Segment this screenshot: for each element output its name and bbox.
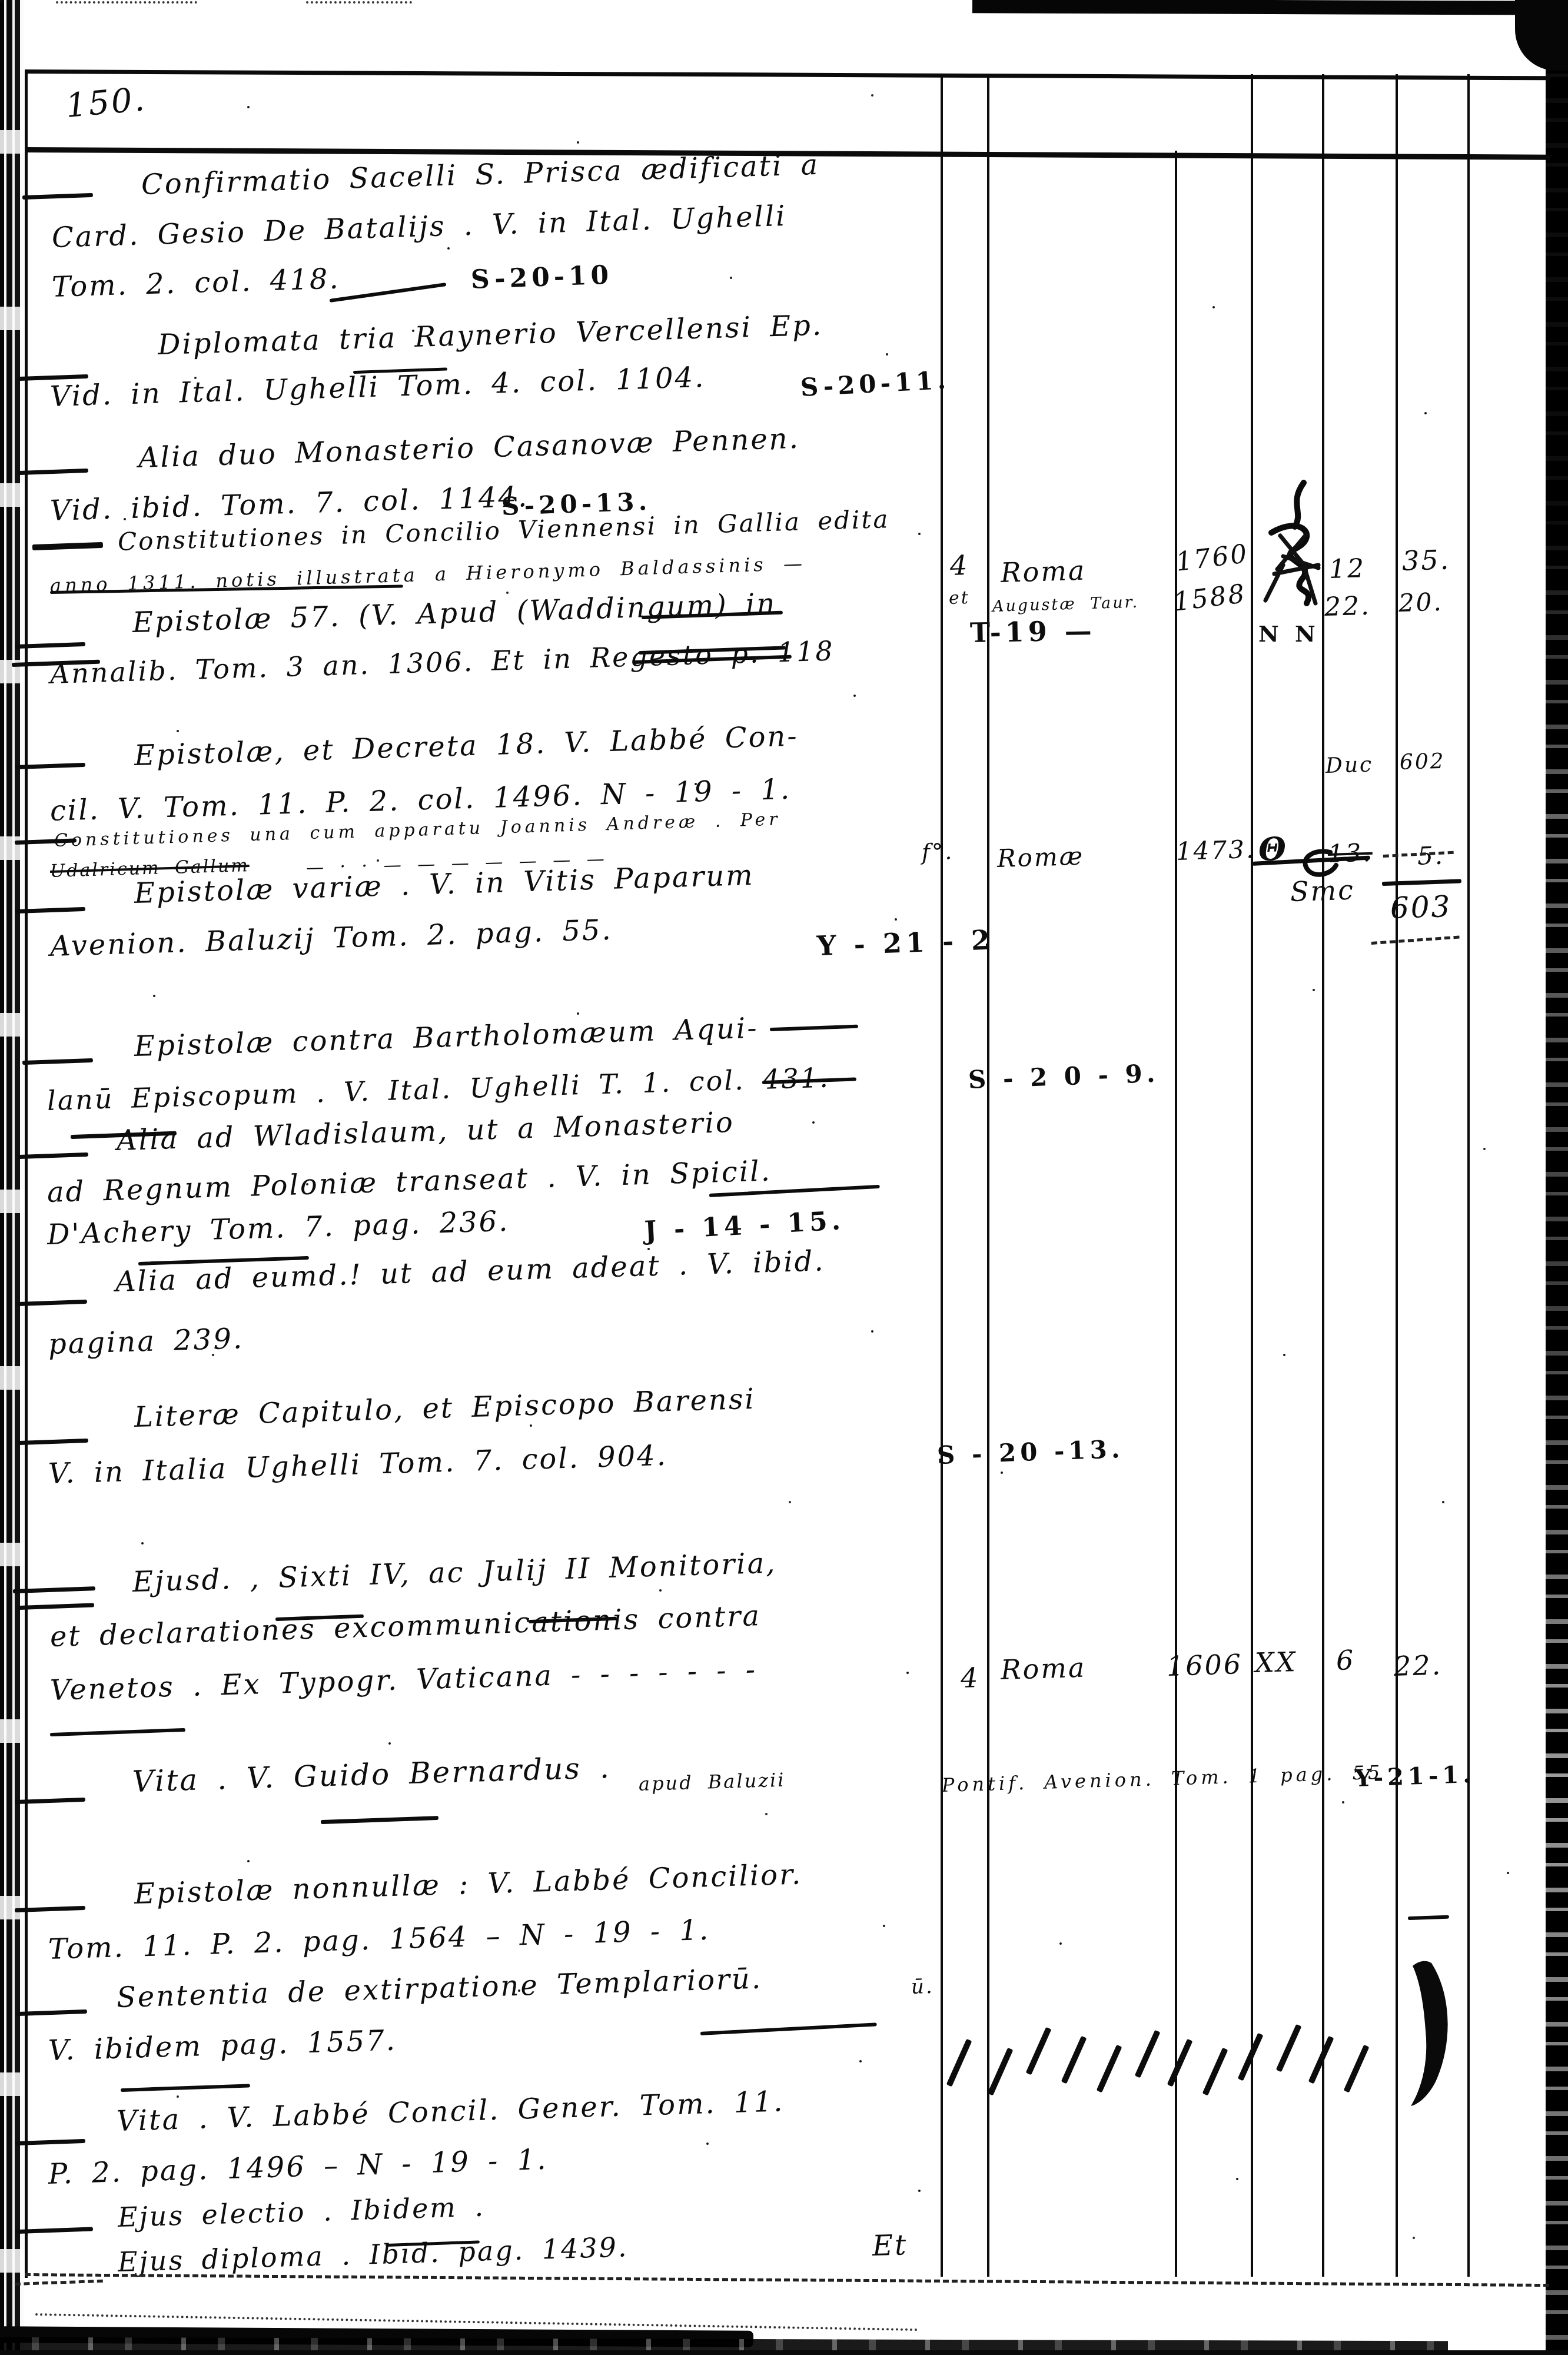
manuscript-line: Alia ad Wladislaum, ut a Monasterio [116,1107,735,1157]
scan-line-faint [306,1,412,6]
manuscript-line: Epistolæ, et Decreta 18. V. Labbé Con- [134,721,799,772]
tick-mark [1097,2045,1122,2093]
annotation: 602 [1399,750,1446,775]
tick-mark [1026,2027,1052,2075]
col-mark: N N [1258,622,1320,646]
table-border-bottom [25,2273,1549,2290]
manuscript-line: Card. Gesio De Batalijs . V. in Ital. Ug… [51,201,787,254]
manuscript-line: apud Baluzii [638,1770,786,1795]
col-format: 4 [949,550,969,581]
underline-stroke [321,1816,438,1824]
annotation: Duc [1325,753,1373,778]
manuscript-line: P. 2. pag. 1496 – N - 19 - 1. [48,2144,548,2190]
col-price: 22. [1393,1650,1443,1682]
stray-mark [1408,1915,1449,1920]
manuscript-line: Alia duo Monasterio Casanovæ Pennen. [138,423,800,474]
manuscript-line: Epistolæ nonnullæ : V. Labbé Concilior. [134,1859,803,1909]
manuscript-line: et declarationes excommunicationis contr… [49,1600,762,1653]
manuscript-line: ad Regnum Poloniæ transeat . V. in Spici… [46,1155,772,1208]
entry-dash [18,469,88,475]
column-rule-5 [1322,74,1324,2277]
manuscript-line: Venetos . Ex Typogr. Vaticana - - - - - … [49,1654,758,1706]
manuscript-line: Sententia de extirpatione Templariorū. [116,1963,763,2013]
entry-dash-faint [15,2280,103,2288]
table-border-left [25,69,28,2278]
top-corner-blot [1515,0,1568,71]
manuscript-line: D'Achery Tom. 7. pag. 236. [46,1206,510,1251]
manuscript-line: pagina 239. [48,1323,244,1360]
manuscript-line: Confirmatio Sacelli S. Prisca ædificati … [141,150,820,201]
col-price: 20. [1398,589,1443,617]
col-place: Romæ [996,843,1085,873]
manuscript-page: 150.Confirmatio Sacelli S. Prisca ædific… [0,0,1568,2355]
page-number: 150. [64,81,148,124]
manuscript-line: Avenion. Baluzij Tom. 2. pag. 55. [49,915,613,962]
tick-mark [1135,2030,1161,2078]
underline-stroke [330,283,447,303]
overline-stroke [1382,879,1461,886]
shelfmark: T-19 — [970,616,1097,647]
scan-line-faint [56,1,197,6]
entry-dash [18,1439,88,1445]
col-year: 1588 [1172,580,1248,617]
column-rule-1 [941,74,943,2277]
col-mark: XX [1254,1647,1297,1678]
manuscript-line: V. in Italia Ughelli Tom. 7. col. 904. [48,1440,667,1490]
manuscript-line: Ejus electio . Ibidem . [117,2191,485,2232]
annotation: 603 [1390,891,1452,925]
entry-dash [18,1603,94,1610]
col-price: 35. [1401,545,1451,576]
manuscript-line: Pontif. Avenion. Tom. 1 pag. 55 [941,1762,1383,1796]
col-format: et [949,588,971,608]
col-year: 1760 [1174,540,1250,577]
tick-mark [1202,2048,1228,2096]
column-rule-7 [1467,74,1470,2277]
right-page-edge [1546,0,1568,2355]
entry-dash [16,2227,93,2234]
catchword: Et [872,2230,908,2262]
col-year: 1473. [1175,836,1256,865]
tick-mark [1167,2039,1193,2087]
manuscript-line: Literæ Capitulo, et Episcopo Barensi [134,1384,756,1433]
ink-blot-icon [1396,1960,1455,2107]
ink-scribble-icon [1248,480,1336,645]
column-rule-3 [1175,151,1177,2277]
scan-speckles [0,0,2,2]
manuscript-line: Alia ad eumd.! ut ad eum adeat . V. ibid… [115,1245,825,1298]
col-number: 22. [1324,592,1371,622]
left-binding-edge [0,0,24,2355]
column-rule-2 [987,74,989,2277]
manuscript-line: f°. [921,839,954,865]
shelfmark: J - 14 - 15. [644,1207,845,1245]
col-number: 13. [1327,839,1373,868]
entry-dash [18,1152,88,1159]
manuscript-line: Epistolæ contra Bartholomæum Aqui- [134,1013,759,1062]
col-format: 4 [960,1663,980,1693]
shelfmark: S - 20 -13. [936,1436,1124,1469]
column-rule-6 [1396,74,1398,2277]
underline-stroke [50,1728,185,1736]
entry-dash [32,542,103,550]
col-place: Roma [1000,556,1087,588]
tick-mark [1344,2045,1370,2093]
manuscript-line: Ejus diploma . Ibid. pag. 1439. [117,2232,629,2277]
manuscript-line: Tom. 11. P. 2. pag. 1564 – N - 19 - 1. [48,1915,710,1965]
tick-mark [988,2048,1014,2096]
tick-mark [1276,2024,1302,2072]
col-place: Roma [1000,1653,1087,1685]
tick-mark [1061,2036,1087,2084]
shelfmark: Y-21-1. [1354,1762,1476,1792]
manuscript-line: Diplomata tria Raynerio Vercellensi Ep. [157,310,823,360]
annotation: Smc [1290,875,1355,907]
bottom-scan-band [0,2350,1568,2355]
tick-mark [946,2039,972,2087]
manuscript-line: ū. [911,1976,934,1999]
underline-stroke [121,2084,250,2092]
tick-mark [1308,2036,1334,2084]
manuscript-line: Tom. 2. col. 418. [51,263,340,303]
manuscript-line: Vita . V. Labbé Concil. Gener. Tom. 11. [116,2086,785,2137]
manuscript-line: Ejusd. , Sixti IV, ac Julij II Monitoria… [132,1548,777,1598]
entry-dash [22,193,93,200]
manuscript-line: Vita . V. Guido Bernardus . [132,1752,611,1798]
shelfmark: S - 2 0 - 9. [968,1060,1160,1094]
shelfmark: S-20-11. [800,367,951,401]
overline-stroke [770,1025,858,1031]
col-year: 1606 [1166,1649,1243,1681]
col-number: 6 [1336,1645,1356,1676]
underline-stroke [700,2022,877,2035]
column-rule-4 [1251,74,1253,2277]
underline-dashes [1371,936,1460,948]
col-number: 12 [1328,554,1366,584]
manuscript-line: Epistolæ 57. (V. Apud (Waddingum) in [132,589,777,639]
top-scan-bar [972,0,1568,15]
shelfmark: Y - 21 - 2 [816,925,995,961]
manuscript-line: Annalib. Tom. 3 an. 1306. Et in Regesto … [49,636,835,689]
entry-dash [22,1058,93,1065]
shelfmark: S-20-10 [470,261,613,295]
col-place: Augustæ Taur. [992,594,1140,616]
manuscript-line: V. ibidem pag. 1557. [48,2025,397,2066]
